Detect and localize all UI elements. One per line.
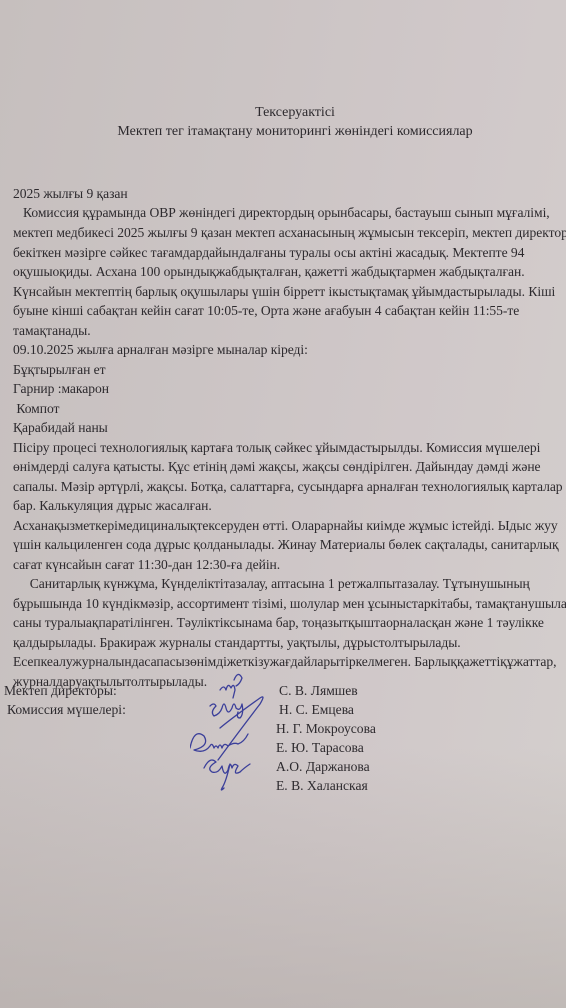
text-line: Асханақызметкерімедициналықтексеруден өт… [13,517,558,535]
text-line: Пісіру процесі технологиялық картаға тол… [13,439,540,457]
text-line: Санитарлық күнжұма, Күнделіктітазалау, а… [13,575,530,593]
members-label: Комиссия мүшелері: [7,701,126,719]
text-line: Есепкеалужурналындасапасызөнімдіжеткізуж… [13,653,556,671]
text-line: саны туралыақпаратілінген. Тәуліктіксына… [13,614,544,632]
text-line: тамақтанады. [13,322,91,340]
menu-item: Бұқтырылған ет [13,361,106,379]
document-date: 2025 жылғы 9 қазан [13,185,128,203]
signatory-name: Е. В. Халанская [276,777,368,795]
text-line: оқушыоқиды. Асхана 100 орындықжабдықталғ… [13,263,525,281]
text-line: үшін кальциленген сода дұрыс қолданылады… [13,536,559,554]
text-line: бекіткен мәзірге сәйкес тағамдардайындал… [13,244,524,262]
text-line: Комиссия құрамында ОВР жөніндегі директо… [13,204,550,222]
signatory-name: С. В. Лямшев [279,682,358,700]
text-line: Күнсайын мектептің барлық оқушылары үшін… [13,283,555,301]
document-subtitle: Мектеп тег ітамақтану мониторингі жөнінд… [12,123,566,141]
signatory-name: Е. Ю. Тарасова [276,739,364,757]
text-line: сапалы. Мәзір әртүрлі, жақсы. Ботқа, сал… [13,478,563,496]
signatory-name: Н. Г. Мокроусова [276,720,376,738]
menu-item: Гарнир :макарон [13,380,109,398]
menu-intro: 09.10.2025 жылға арналған мәзірге мынала… [13,341,308,359]
text-line: бар. Калькуляция дұрыс жасалған. [13,497,212,515]
signatory-name: А.О. Даржанова [276,758,370,776]
handwritten-signatures-icon [190,668,280,798]
text-line: бұрышында 10 күндікмәзір, ассортимент ті… [13,595,566,613]
menu-item: Компот [13,400,59,418]
text-line: буыне кінші сабақтан кейін сағат 10:05-т… [13,302,519,320]
text-line: сағат күнсайын сағат 11:30-дан 12:30-ға … [13,556,280,574]
menu-item: Қарабидай наны [13,419,108,437]
director-label: Мектеп директоры: [4,682,117,700]
text-line: қалдырылады. Бракираж журналы стандартты… [13,634,461,652]
text-line: мектеп медбикесі 2025 жылғы 9 қазан мект… [13,224,566,242]
signatory-name: Н. С. Емцева [279,701,354,719]
document-title: Тексеруактісі [12,104,566,122]
text-line: өнімдерді салуға қатысты. Құс етінің дәм… [13,458,541,476]
